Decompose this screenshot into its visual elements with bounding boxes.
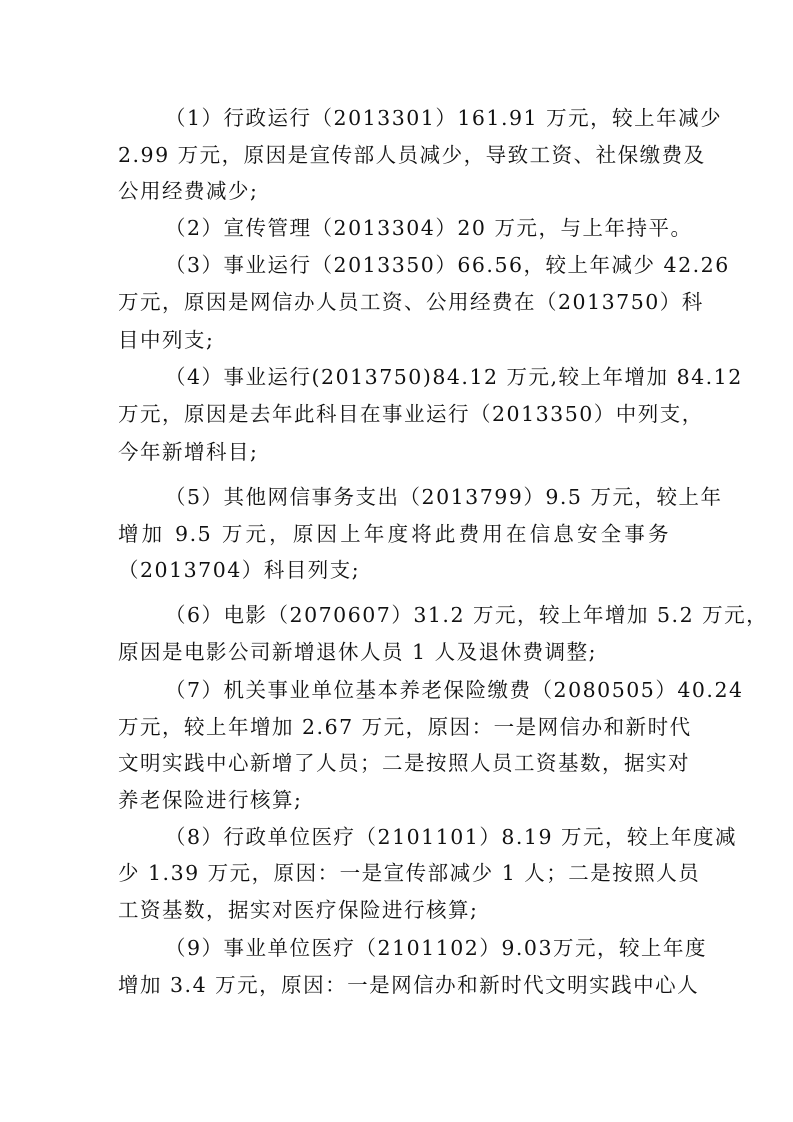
item-3-line-1: （3）事业运行（2013350）66.56，较上年减少 42.26 [165,252,670,278]
item-7-line-1: （7）机关事业单位基本养老保险缴费（2080505）40.24 [165,677,670,703]
document-page: （1）行政运行（2013301）161.91 万元，较上年减少 2.99 万元，… [0,0,793,1122]
item-4-line-1: （4）事业运行(2013750)84.12 万元,较上年增加 84.12 [165,364,670,390]
item-6-line-2: 原因是电影公司新增退休人员 1 人及退休费调整; [118,639,670,665]
item-9-line-1: （9）事业单位医疗（2101102）9.03万元，较上年度 [165,935,670,961]
item-1-line-3: 公用经费减少; [118,178,670,204]
item-9-line-2: 增加 3.4 万元，原因：一是网信办和新时代文明实践中心人 [118,972,670,998]
item-8-line-1: （8）行政单位医疗（2101101）8.19 万元，较上年度减 [165,824,670,850]
item-1-line-2: 2.99 万元，原因是宣传部人员减少，导致工资、社保缴费及 [118,142,670,168]
item-6-line-1: （6）电影（2070607）31.2 万元，较上年增加 5.2 万元， [165,602,670,628]
item-8-line-3: 工资基数，据实对医疗保险进行核算; [118,897,670,923]
item-2-line-1: （2）宣传管理（2013304）20 万元，与上年持平。 [165,215,670,241]
item-7-line-3: 文明实践中心新增了人员；二是按照人员工资基数，据实对 [118,750,670,776]
item-5-line-2: 增加 9.5 万元，原因上年度将此费用在信息安全事务 [118,521,670,547]
item-5-line-3: （2013704）科目列支; [118,557,670,583]
item-7-line-2: 万元，较上年增加 2.67 万元，原因：一是网信办和新时代 [118,714,670,740]
item-4-line-3: 今年新增科目; [118,439,670,465]
item-1-line-1: （1）行政运行（2013301）161.91 万元，较上年减少 [165,105,670,131]
item-5-line-1: （5）其他网信事务支出（2013799）9.5 万元，较上年 [165,484,670,510]
item-3-line-3: 目中列支; [118,327,670,353]
item-8-line-2: 少 1.39 万元，原因：一是宣传部减少 1 人；二是按照人员 [118,860,670,886]
item-3-line-2: 万元，原因是网信办人员工资、公用经费在（2013750）科 [118,289,670,315]
item-7-line-4: 养老保险进行核算; [118,787,670,813]
item-4-line-2: 万元，原因是去年此科目在事业运行（2013350）中列支， [118,401,670,427]
